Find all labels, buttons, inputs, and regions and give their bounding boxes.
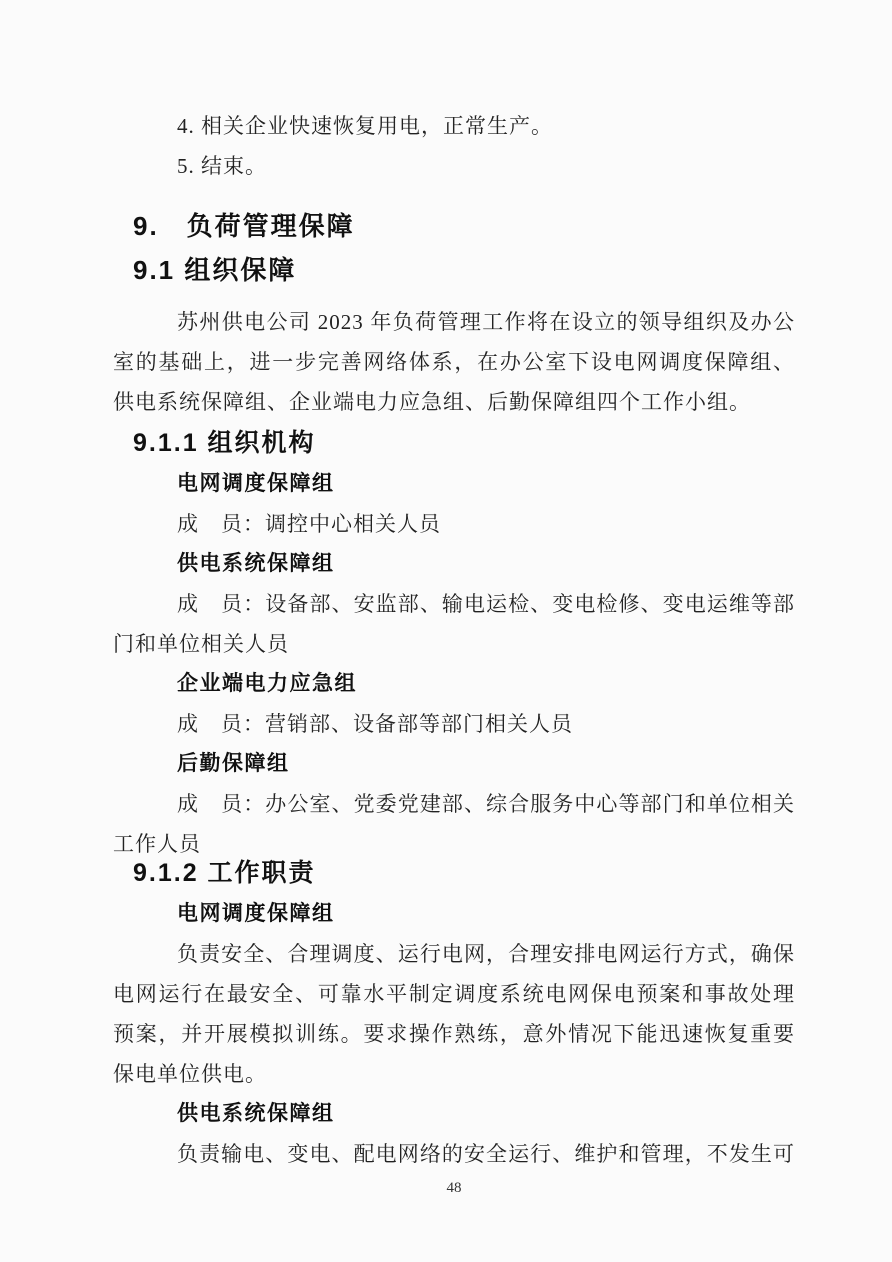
group-members-line: 成 员：调控中心相关人员 xyxy=(113,504,795,544)
paragraph-line: 供电系统保障组、企业端电力应急组、后勤保障组四个工作小组。 xyxy=(113,382,795,422)
duty-line: 负责输电、变电、配电网络的安全运行、维护和管理，不发生可 xyxy=(113,1134,795,1174)
duty-line: 负责安全、合理调度、运行电网，合理安排电网运行方式，确保 xyxy=(113,934,795,974)
document-page: 4. 相关企业快速恢复用电，正常生产。 5. 结束。 9. 负荷管理保障 9.1… xyxy=(0,0,892,1262)
group-members-line: 成 员：营销部、设备部等部门相关人员 xyxy=(113,704,795,744)
group-name-enterprise-emergency: 企业端电力应急组 xyxy=(113,664,795,704)
group-members-line: 成 员：办公室、党委党建部、综合服务中心等部门和单位相关 xyxy=(113,784,795,824)
paragraph-line: 室的基础上，进一步完善网络体系，在办公室下设电网调度保障组、 xyxy=(113,342,795,382)
section-heading-9-1-2: 9.1.2 工作职责 xyxy=(113,852,795,894)
paragraph-line: 苏州供电公司 2023 年负荷管理工作将在设立的领导组织及办公 xyxy=(113,302,795,342)
duty-list: 电网调度保障组 负责安全、合理调度、运行电网，合理安排电网运行方式，确保 电网运… xyxy=(113,894,795,1174)
duty-group-name-dispatch: 电网调度保障组 xyxy=(113,894,795,934)
procedure-step-5: 5. 结束。 xyxy=(113,146,795,186)
section-heading-9-1-1: 9.1.1 组织机构 xyxy=(113,422,795,464)
procedure-step-4: 4. 相关企业快速恢复用电，正常生产。 xyxy=(113,106,795,146)
duty-group-name-supply-system: 供电系统保障组 xyxy=(113,1094,795,1134)
duty-line: 保电单位供电。 xyxy=(113,1054,795,1094)
group-members-line: 成 员：设备部、安监部、输电运检、变电检修、变电运维等部 xyxy=(113,584,795,624)
group-name-logistics: 后勤保障组 xyxy=(113,744,795,784)
group-name-supply-system: 供电系统保障组 xyxy=(113,544,795,584)
group-name-dispatch: 电网调度保障组 xyxy=(113,464,795,504)
duty-line: 电网运行在最安全、可靠水平制定调度系统电网保电预案和事故处理 xyxy=(113,974,795,1014)
section-heading-9-1: 9.1 组织保障 xyxy=(113,248,795,292)
group-members-line: 门和单位相关人员 xyxy=(113,624,795,664)
section-9-1-paragraph: 苏州供电公司 2023 年负荷管理工作将在设立的领导组织及办公 室的基础上，进一… xyxy=(113,302,795,422)
group-list: 电网调度保障组 成 员：调控中心相关人员 供电系统保障组 成 员：设备部、安监部… xyxy=(113,464,795,864)
page-number: 48 xyxy=(113,1176,795,1200)
duty-line: 预案，并开展模拟训练。要求操作熟练，意外情况下能迅速恢复重要 xyxy=(113,1014,795,1054)
section-heading-9: 9. 负荷管理保障 xyxy=(113,204,795,248)
